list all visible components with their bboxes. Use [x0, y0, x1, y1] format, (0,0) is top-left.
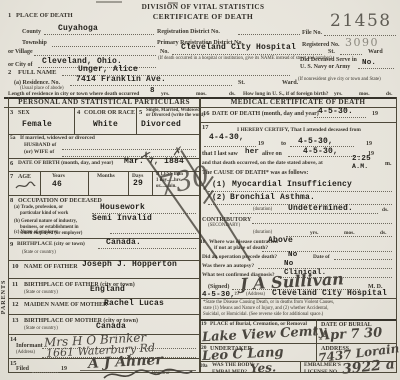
cause1-number: (1) — [212, 182, 226, 190]
scan-artifact — [96, 1, 122, 3]
husband-label: If married, widowed or divorced — [20, 136, 95, 141]
embalmed-label: EMBALMED? — [212, 370, 247, 375]
field-number: 11 — [12, 282, 18, 289]
occupation-c-label: (c) Name of employer — [14, 231, 58, 236]
rule — [396, 97, 397, 372]
to-label: to — [281, 141, 286, 147]
field-number: 10 — [12, 264, 19, 271]
city-label: or City of — [8, 62, 33, 68]
dotted-line — [288, 155, 360, 157]
rule — [200, 298, 396, 299]
secondary-label: (SECONDARY) — [208, 224, 240, 229]
field-number: 6 — [10, 161, 13, 168]
ds-label: ds. — [382, 208, 388, 213]
age-days-value: 29 — [133, 180, 143, 188]
occupation-a-label: particular kind of work — [20, 212, 68, 217]
dotted-line — [32, 371, 58, 373]
village-label: or Village — [8, 49, 33, 55]
cause2-value: Bronchial Asthma. — [230, 194, 315, 202]
cause1-value: Myocardial Insufficiency — [232, 181, 352, 189]
sex-label: SEX — [18, 110, 30, 116]
field-number: 5a — [10, 136, 16, 142]
death-certificate-document: 1 PLACE OF DEATH DIVISION OF VITAL STATI… — [0, 0, 400, 380]
rule — [88, 171, 89, 195]
st-label: St. — [328, 49, 335, 55]
death-occurred-label: and that death occurred, on the date sta… — [202, 161, 323, 166]
full-name-value: Unger, Alice — [78, 66, 138, 74]
dotted-line — [358, 67, 394, 69]
state-country-note: (State or country) — [22, 251, 56, 256]
date-of-death-value: 4-5-30. — [318, 108, 353, 116]
mother-birthplace-value: Canada — [96, 323, 126, 331]
husband-of-label: HUSBAND of — [24, 143, 56, 148]
dotted-line — [314, 116, 366, 118]
cause-of-death-label: The CAUSE OF DEATH* was as follows: — [202, 170, 308, 176]
registration-district-label: Registration District No. — [157, 29, 220, 35]
rule — [136, 107, 137, 134]
certify-label: I HEREBY CERTIFY, That I attended deceas… — [237, 128, 361, 133]
dotted-line — [238, 33, 300, 35]
parents-vertical-label: PARENTS — [1, 268, 7, 326]
embalmer-license-label: EMBALMER'S — [304, 363, 341, 368]
registered-no-label: Registered No. — [302, 42, 340, 48]
rule — [8, 278, 199, 279]
date-of-death-label: DATE OF DEATH (month, day and year) — [212, 111, 319, 117]
rule — [40, 171, 41, 195]
file-no-value: 21458 — [330, 13, 392, 30]
dotted-line — [70, 84, 232, 86]
residence-st-label: St. — [238, 80, 245, 86]
year-label: 19 — [258, 141, 264, 147]
occupation-a-value: Housework — [100, 204, 145, 212]
dotted-line — [230, 212, 378, 214]
field-number: 1 — [8, 13, 11, 20]
dotted-line — [172, 53, 322, 55]
rule — [74, 107, 75, 134]
dotted-line — [52, 45, 155, 47]
dotted-line — [34, 54, 156, 56]
marital-value: Divorced — [141, 121, 181, 129]
field-number: 9 — [10, 242, 13, 249]
dotted-line — [204, 145, 256, 147]
navy-service-label-1: Did Deceased Serve in — [300, 57, 357, 63]
pen-scribble — [14, 180, 36, 192]
dotted-line — [110, 232, 196, 234]
father-name-value: Joseph J. Hopperton — [82, 261, 177, 269]
dotted-line — [286, 235, 392, 237]
state-country-note: (State or country) — [24, 291, 58, 296]
file-no-label: File No. — [302, 30, 322, 36]
township-label: Township — [22, 40, 47, 46]
field-number: 16 — [203, 111, 210, 118]
embalmed-value: Yes. — [250, 361, 277, 374]
pen-x-mark: ✗ — [171, 145, 182, 157]
field-number: 4 — [77, 110, 80, 117]
full-name-label: FULL NAME — [18, 70, 56, 77]
footnote: Suicidal, or Homicidal. (See reverse sid… — [203, 313, 323, 318]
certificate-title: CERTIFICATE OF DEATH — [118, 13, 288, 21]
date-of-label: Date of — [313, 255, 330, 260]
father-birthplace-value: England — [90, 286, 125, 294]
dotted-line — [334, 258, 392, 260]
father-name-label: NAME OF FATHER — [24, 264, 78, 270]
institution-value: Cleveland City Hospital — [181, 44, 296, 52]
county-label: County — [22, 29, 41, 35]
personal-section-title: PERSONAL AND STATISTICAL PARTICULARS — [10, 99, 198, 106]
ward-label: Ward — [368, 49, 383, 55]
operation-label: Did an operation precede death? — [202, 255, 277, 260]
rule — [128, 171, 129, 195]
field-number: 3 — [10, 110, 13, 117]
burial-place-value: Lake View Cemty — [202, 325, 327, 344]
rule — [8, 372, 397, 373]
pen-mark-730: 730 — [155, 162, 212, 201]
last-saw-label: that I last saw — [202, 151, 238, 157]
dotted-line — [340, 53, 362, 55]
mother-maiden-name-label: MAIDEN NAME OF MOTHER — [24, 302, 107, 308]
rule — [152, 171, 153, 195]
birthplace-value: Canada. — [106, 239, 141, 247]
field-number: 17 — [202, 125, 209, 132]
death-time-am: A.M. — [352, 164, 368, 171]
m-label: m. — [385, 161, 392, 167]
pen-flourish — [100, 368, 196, 380]
wife-of-label: (or) WIFE of — [24, 150, 54, 155]
race-label: COLOR OR RACE — [84, 110, 135, 116]
physician-address-value: Cleveland City Hospital — [272, 290, 387, 298]
division-title: DIVISION OF VITAL STATISTICS — [118, 4, 288, 11]
field-number: 12 — [12, 302, 19, 309]
rule — [200, 122, 396, 123]
filed-year-label: 19 — [61, 366, 67, 372]
field-number: 13 — [12, 318, 19, 325]
date-of-birth-label: DATE OF BIRTH (month, day, and year) — [18, 161, 113, 166]
informant-address-label: (Address) — [16, 351, 35, 356]
marital-label: or Divorced (write the word) — [146, 114, 205, 119]
occupation-label: OCCUPATION OF DECEASED — [18, 198, 102, 204]
field-number: 2 — [8, 70, 11, 77]
age-years-value: 46 — [52, 181, 62, 189]
dotted-line — [208, 190, 392, 192]
age-months-label: Months — [97, 174, 115, 179]
registered-no-value: 3090 — [345, 37, 379, 48]
dotted-line — [252, 222, 392, 224]
operation-value: No — [288, 252, 297, 260]
burial-date-value: Apr 7 30 — [320, 326, 383, 342]
embalmed-label: WAS THE BODY — [212, 363, 253, 368]
rule — [200, 343, 396, 344]
filed-label: Filed — [16, 366, 29, 372]
no-label: No. — [160, 49, 169, 55]
autopsy-label: Was there an autopsy? — [202, 264, 254, 269]
informant-label: Informant — [16, 343, 43, 349]
field-number: 7 — [10, 174, 13, 181]
her-value: her — [245, 149, 259, 157]
nonresident-note: (If nonresident give city or town and St… — [298, 78, 381, 83]
rule — [300, 361, 301, 372]
age-years-label: Years — [52, 174, 65, 179]
mother-maiden-name-value: Rachel Lucas — [104, 300, 164, 308]
residence-ward-label: Ward. — [282, 80, 298, 86]
field-number: 20a — [200, 364, 208, 369]
field-number: 5 — [139, 110, 142, 117]
year-label: 19 — [372, 111, 378, 117]
dotted-line — [262, 250, 392, 252]
rule — [8, 238, 199, 239]
navy-service-label-2: U. S. Navy or Army — [300, 64, 350, 70]
embalmer-license-label: LICENSE NO. — [304, 370, 338, 375]
field-number: 8 — [10, 198, 13, 205]
field-number: 19 — [201, 322, 207, 328]
embalmer-license-value: 3922 a — [341, 357, 395, 376]
birthplace-label: BIRTHPLACE (city or town) — [17, 242, 85, 247]
date-of-birth-value: Mar. 7, 1884 — [124, 158, 184, 166]
state-country-note: (State or country) — [24, 327, 58, 332]
disease-contracted-value: Above — [268, 237, 293, 245]
place-of-death-label: PLACE OF DEATH — [16, 13, 73, 20]
occupation-b-value: Semi Invalid — [92, 215, 152, 223]
attended-from-value: 4-4-30, — [209, 134, 244, 142]
alive-on-label: alive on — [262, 151, 282, 157]
dotted-line — [44, 33, 154, 35]
rule — [8, 97, 9, 372]
race-value: White — [93, 121, 118, 129]
sex-value: Female — [22, 121, 52, 129]
county-value: Cuyahoga — [58, 25, 98, 33]
rule — [8, 314, 199, 315]
year-label: 19 — [366, 141, 372, 147]
signed-label: (Signed) — [208, 284, 229, 290]
medical-section-title: MEDICAL CERTIFICATE OF DEATH — [202, 99, 394, 106]
length-residence-value: 8 — [150, 88, 155, 96]
residence-value: 7414 Franklin Ave. — [76, 76, 166, 84]
dotted-line — [98, 247, 196, 249]
